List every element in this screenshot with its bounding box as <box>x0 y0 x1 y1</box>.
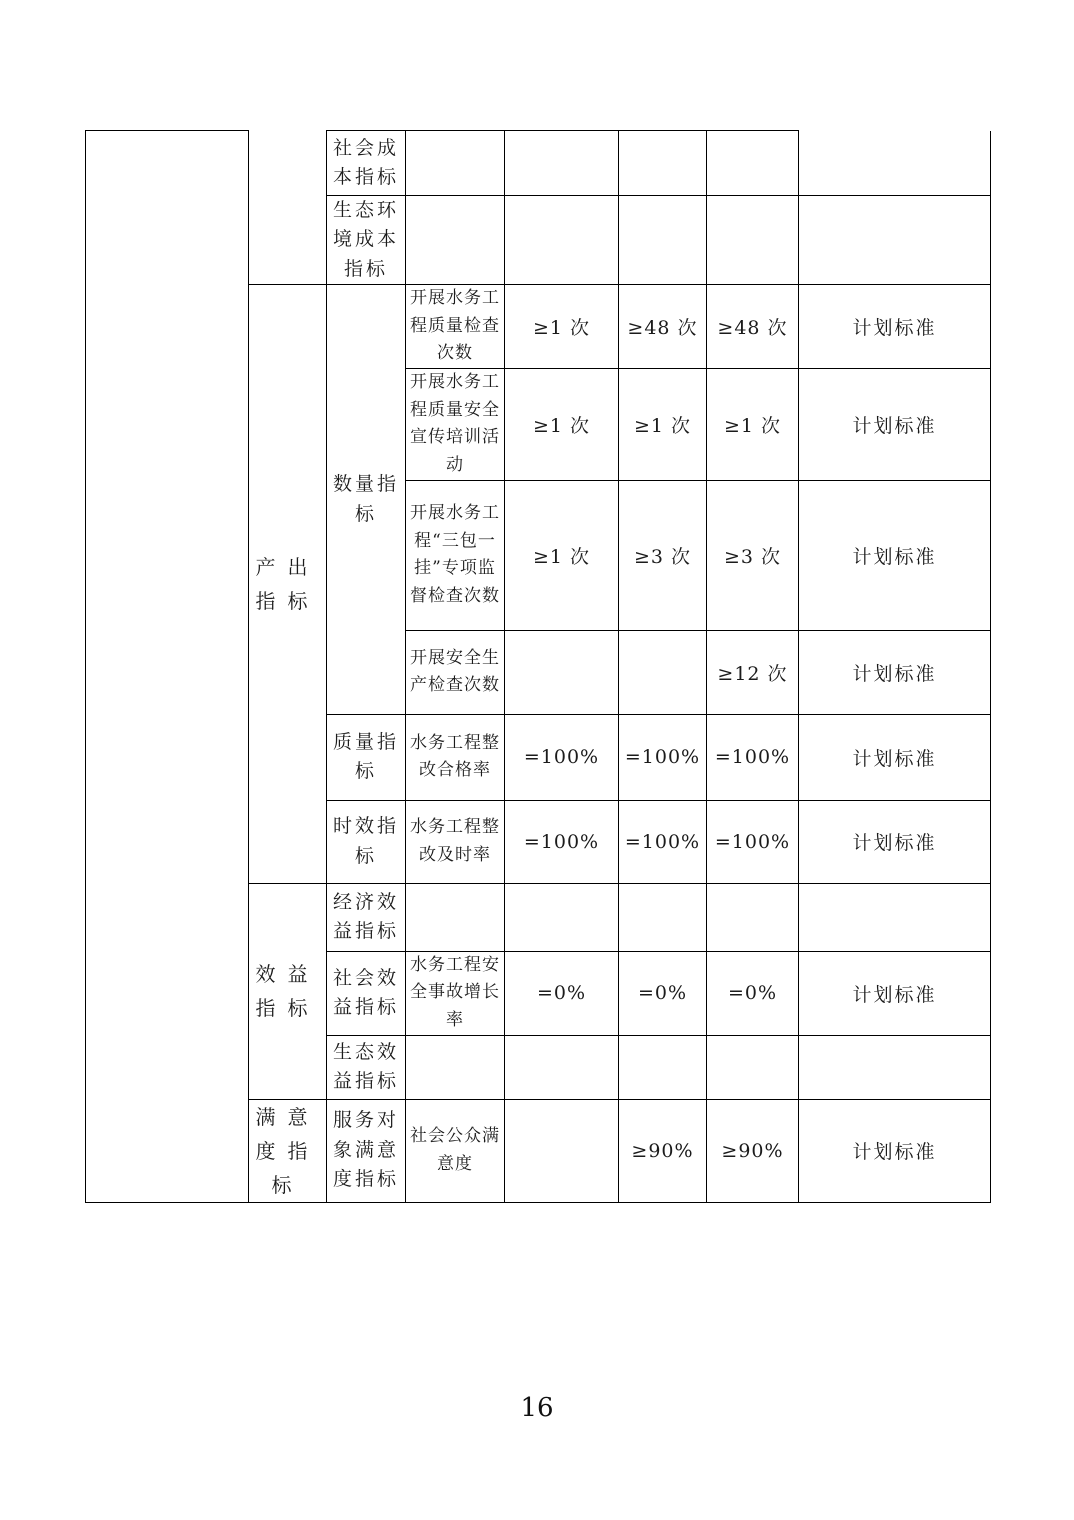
standard-cell <box>799 131 991 196</box>
level1-cell-continuation <box>249 131 327 285</box>
value-cell-1: =100% <box>505 800 619 883</box>
level2-cell-quantity: 数量指标 <box>327 285 406 715</box>
value-cell-1: ≥1 次 <box>505 480 619 630</box>
value-cell-1: ≥1 次 <box>505 285 619 369</box>
value-cell-1 <box>505 1035 619 1099</box>
value-cell-2: =100% <box>619 714 707 800</box>
level2-cell-eco-benefit: 生态效益指标 <box>327 1035 406 1099</box>
value-cell-1: =0% <box>505 951 619 1035</box>
value-cell-2 <box>619 883 707 951</box>
value-cell-3: =100% <box>707 800 799 883</box>
value-cell-2: =100% <box>619 800 707 883</box>
value-cell-3: =100% <box>707 714 799 800</box>
indicator-name-cell <box>406 1035 505 1099</box>
value-cell-1 <box>505 883 619 951</box>
level2-cell-service-satisfaction: 服务对象满意度指标 <box>327 1099 406 1202</box>
standard-cell: 计划标准 <box>799 285 991 369</box>
standard-cell: 计划标准 <box>799 800 991 883</box>
value-cell-2: ≥1 次 <box>619 368 707 480</box>
value-cell-1 <box>505 630 619 714</box>
indicator-name-cell: 开展水务工程质量安全宣传培训活动 <box>406 368 505 480</box>
value-cell-2: =0% <box>619 951 707 1035</box>
level2-cell-timeliness: 时效指标 <box>327 800 406 883</box>
value-cell-3 <box>707 131 799 196</box>
standard-cell <box>799 1035 991 1099</box>
value-cell-1: ≥1 次 <box>505 368 619 480</box>
value-cell-2 <box>619 630 707 714</box>
level1-cell-output: 产出指标 <box>249 285 327 884</box>
document-page: 社会成本指标 生态环境成本指标 产出指标 数量指标 开展水务工程质量检查次数 ≥… <box>0 0 1074 1520</box>
standard-cell: 计划标准 <box>799 630 991 714</box>
indicator-name-cell: 开展安全生产检查次数 <box>406 630 505 714</box>
level2-cell-social-benefit: 社会效益指标 <box>327 951 406 1035</box>
level1-cell-benefit: 效益指标 <box>249 883 327 1099</box>
value-cell-3: =0% <box>707 951 799 1035</box>
level2-cell-social-cost: 社会成本指标 <box>327 131 406 196</box>
indicator-name-cell: 开展水务工程质量检查次数 <box>406 285 505 369</box>
value-cell-3: ≥48 次 <box>707 285 799 369</box>
indicator-name-cell: 水务工程整改合格率 <box>406 714 505 800</box>
standard-cell: 计划标准 <box>799 951 991 1035</box>
standard-cell: 计划标准 <box>799 714 991 800</box>
value-cell-3: ≥12 次 <box>707 630 799 714</box>
performance-indicator-table: 社会成本指标 生态环境成本指标 产出指标 数量指标 开展水务工程质量检查次数 ≥… <box>85 130 991 1203</box>
value-cell-1 <box>505 196 619 285</box>
value-cell-1: =100% <box>505 714 619 800</box>
value-cell-2 <box>619 131 707 196</box>
standard-cell <box>799 196 991 285</box>
value-cell-3 <box>707 1035 799 1099</box>
standard-cell: 计划标准 <box>799 368 991 480</box>
indicator-name-cell: 水务工程整改及时率 <box>406 800 505 883</box>
level2-cell-quality: 质量指标 <box>327 714 406 800</box>
indicator-name-cell: 开展水务工程“三包一挂”专项监督检查次数 <box>406 480 505 630</box>
indicator-name-cell <box>406 131 505 196</box>
value-cell-2 <box>619 196 707 285</box>
value-cell-3: ≥1 次 <box>707 368 799 480</box>
value-cell-3 <box>707 196 799 285</box>
level2-cell-economic-benefit: 经济效益指标 <box>327 883 406 951</box>
value-cell-2 <box>619 1035 707 1099</box>
standard-cell: 计划标准 <box>799 480 991 630</box>
indicator-name-cell <box>406 883 505 951</box>
project-spanning-cell <box>86 131 249 1203</box>
standard-cell <box>799 883 991 951</box>
value-cell-3: ≥3 次 <box>707 480 799 630</box>
level1-cell-satisfaction: 满意度指标 <box>249 1099 327 1202</box>
value-cell-3 <box>707 883 799 951</box>
value-cell-1 <box>505 131 619 196</box>
page-number: 16 <box>0 1393 1074 1423</box>
indicator-name-cell: 社会公众满意度 <box>406 1099 505 1202</box>
value-cell-2: ≥48 次 <box>619 285 707 369</box>
value-cell-1 <box>505 1099 619 1202</box>
value-cell-3: ≥90% <box>707 1099 799 1202</box>
indicator-name-cell <box>406 196 505 285</box>
level2-cell-eco-env-cost: 生态环境成本指标 <box>327 196 406 285</box>
indicator-name-cell: 水务工程安全事故增长率 <box>406 951 505 1035</box>
value-cell-2: ≥3 次 <box>619 480 707 630</box>
value-cell-2: ≥90% <box>619 1099 707 1202</box>
standard-cell: 计划标准 <box>799 1099 991 1202</box>
